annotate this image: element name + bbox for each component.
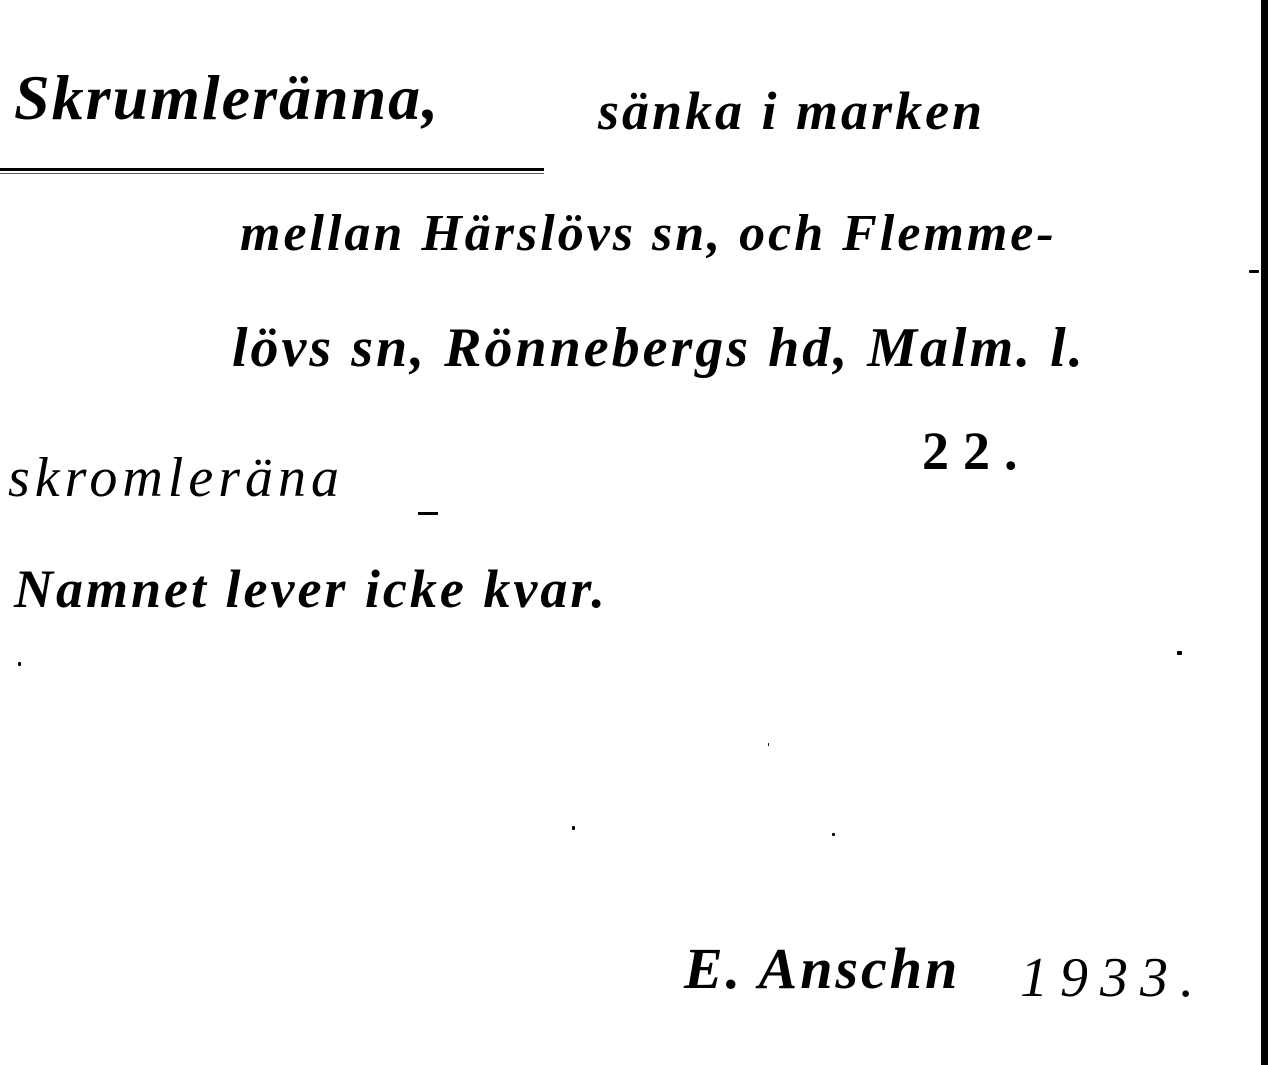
scan-speck — [1249, 270, 1259, 273]
index-card: Skrumleränna, sänka i marken mellan Härs… — [0, 0, 1272, 1065]
scan-speck — [832, 833, 835, 836]
scan-speck — [572, 826, 575, 830]
record-year: 1933. — [1020, 950, 1206, 1006]
pronunciation-form: skromleräna — [8, 450, 344, 506]
collector-signature: E. Anschn — [684, 940, 960, 998]
scan-speck — [1177, 651, 1182, 655]
scan-speck — [768, 743, 769, 746]
headword-underline — [0, 168, 544, 171]
definition-line-1: sänka i marken — [598, 84, 985, 138]
note-line: Namnet lever icke kvar. — [14, 562, 608, 616]
definition-line-3: lövs sn, Rönnebergs hd, Malm. l. — [232, 320, 1086, 376]
pronunciation-length-mark — [418, 512, 438, 515]
definition-line-2: mellan Härslövs sn, och Flemme- — [240, 208, 1057, 260]
card-number: 22. — [922, 424, 1032, 478]
headword: Skrumleränna, — [14, 66, 440, 130]
scan-speck — [18, 662, 21, 666]
card-right-edge — [1261, 0, 1268, 1065]
headword-underline-shadow — [0, 173, 544, 174]
